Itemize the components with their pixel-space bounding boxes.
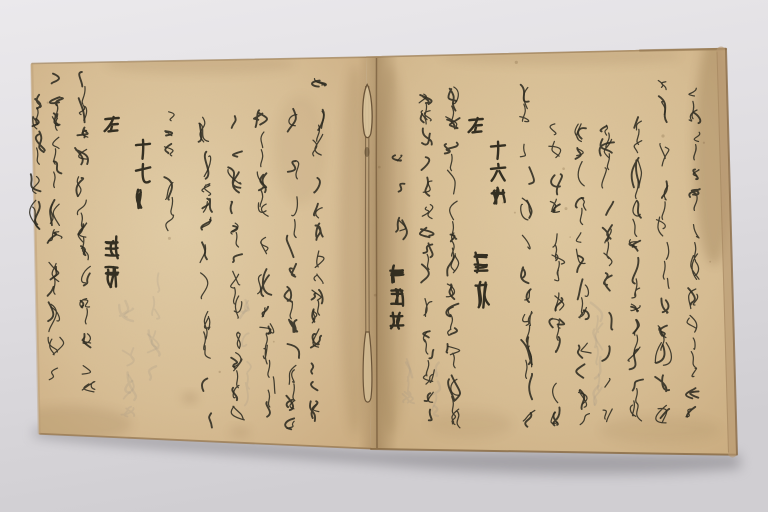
manuscript-photo <box>0 0 768 512</box>
thread-knot <box>364 147 369 157</box>
center-fold-crease <box>376 58 377 448</box>
book <box>8 35 741 462</box>
thread-bottom-loop <box>363 332 372 402</box>
manuscript-photo-scene: Photograph of an open, thread-bound Japa… <box>0 0 768 512</box>
